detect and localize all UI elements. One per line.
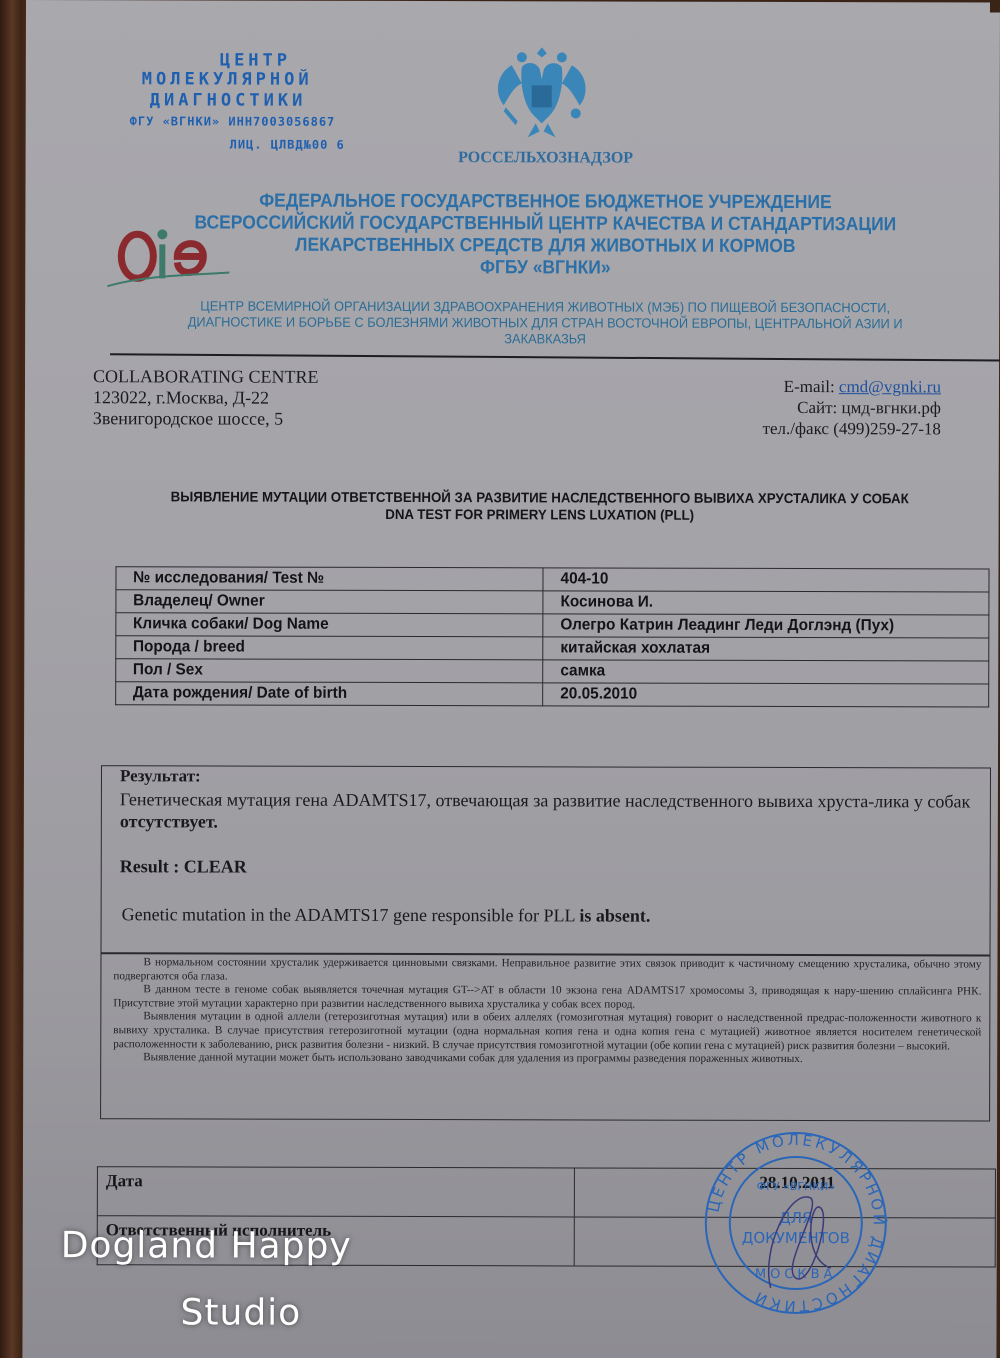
contact-block: E-mail: cmd@vgnki.ru Сайт: цмд-вгнки.рф … <box>763 376 941 439</box>
document-page: ЦЕНТР МОЛЕКУЛЯРНОЙ ДИАГНОСТИКИ ФГУ «ВГНК… <box>22 0 1000 1358</box>
info-label: Владелец/ Owner <box>124 590 534 614</box>
dog-info-table: № исследования/ Test №404-10Владелец/ Ow… <box>115 566 989 707</box>
address-line: COLLABORATING CENTRE <box>93 366 319 388</box>
title-ru: ВЫЯВЛЕНИЕ МУТАЦИИ ОТВЕТСТВЕННОЙ ЗА РАЗВИ… <box>107 488 972 507</box>
result-heading: Результат: <box>120 766 201 786</box>
email-line: E-mail: cmd@vgnki.ru <box>763 376 941 397</box>
stamp-line: МОЛЕКУЛЯРНОЙ <box>142 71 313 88</box>
info-label: Порода / breed <box>124 636 534 660</box>
info-label: Кличка собаки/ Dog Name <box>124 613 534 637</box>
seal-center-line: ДОКУМЕНТОВ <box>742 1229 850 1247</box>
note-paragraph: Выявление данной мутации может быть испо… <box>113 1051 981 1067</box>
info-row: Пол / Sexсамка <box>116 659 989 684</box>
info-value: 404-10 <box>552 568 980 592</box>
header-divider <box>110 353 1000 361</box>
result-ru-text: Генетическая мутация гена ADAMTS17, отве… <box>120 788 980 834</box>
info-label: Дата рождения/ Date of birth <box>124 682 534 706</box>
result-en-text: Genetic mutation in the ADAMTS17 gene re… <box>122 904 651 926</box>
info-row: Порода / breedкитайская хохлатая <box>116 636 989 661</box>
result-en-verdict: is absent. <box>579 905 650 925</box>
info-value: 20.05.2010 <box>552 683 980 707</box>
oie-centre-description: ЦЕНТР ВСЕМИРНОЙ ОРГАНИЗАЦИИ ЗДРАВООХРАНЕ… <box>137 298 954 348</box>
info-row: № исследования/ Test №404-10 <box>116 567 989 592</box>
stamp-line: ЦЕНТР <box>220 53 291 70</box>
result-ru-verdict: отсутствует. <box>120 811 218 831</box>
info-row: Владелец/ OwnerКосинова И. <box>116 590 989 615</box>
site-line: Сайт: цмд-вгнки.рф <box>763 397 941 418</box>
info-value: Олегро Катрин Леадинг Леди Доглэнд (Пух) <box>552 614 980 638</box>
address-block: COLLABORATING CENTRE 123022, г.Москва, Д… <box>93 366 319 430</box>
result-box: Результат: Генетическая мутация гена ADA… <box>100 765 991 1121</box>
note-paragraph: В данном тесте в геноме собак выявляется… <box>113 983 981 1012</box>
stamp-line: ФГУ «ВГНКИ» ИНН7003056867 <box>130 115 336 128</box>
stamp-line: ДИАГНОСТИКИ <box>150 92 307 109</box>
who-line: ДИАГНОСТИКЕ И БОРЬБЕ С БОЛЕЗНЯМИ ЖИВОТНЫ… <box>137 314 954 332</box>
watermark-line: Dogland Happy <box>61 1225 352 1267</box>
email-label: E-mail: <box>784 377 839 396</box>
result-divider <box>102 952 990 956</box>
note-paragraph: В нормальном состоянии хрусталик удержив… <box>113 956 981 985</box>
info-row: Дата рождения/ Date of birth20.05.2010 <box>116 682 989 707</box>
who-line: ЗАКАВКАЗЬЯ <box>137 330 954 348</box>
seal-bottom: МОСКВА <box>755 1267 837 1282</box>
email-link[interactable]: cmd@vgnki.ru <box>839 377 941 396</box>
result-notes: В нормальном состоянии хрусталик удержив… <box>113 956 981 1067</box>
institution-line: ФЕДЕРАЛЬНОЕ ГОСУДАРСТВЕННОЕ БЮДЖЕТНОЕ УЧ… <box>122 190 968 214</box>
title-en: DNA TEST FOR PRIMERY LENS LUXATION (PLL) <box>107 505 972 524</box>
page-corner <box>990 3 1000 13</box>
note-paragraph: Выявления мутации в одной аллели (гетеро… <box>113 1011 981 1054</box>
round-seal-stamp-icon: ЦЕНТР МОЛЕКУЛЯРНОЙ ДИАГНОСТИКИ ФГУ «ВГНК… <box>701 1128 891 1318</box>
double-headed-eagle-emblem-icon <box>492 43 592 141</box>
lab-stamp: ЦЕНТР МОЛЕКУЛЯРНОЙ ДИАГНОСТИКИ ФГУ «ВГНК… <box>90 50 350 51</box>
info-value: самка <box>552 660 980 684</box>
oie-logo-icon <box>107 222 257 292</box>
watermark-line: Studio <box>181 1292 302 1333</box>
info-label: № исследования/ Test № <box>124 567 534 591</box>
info-label: Пол / Sex <box>124 659 534 683</box>
info-row: Кличка собаки/ Dog NameОлегро Катрин Леа… <box>116 613 989 638</box>
info-value: Косинова И. <box>552 591 980 615</box>
address-line: Звенигородское шоссе, 5 <box>93 408 319 430</box>
result-en-heading: Result : CLEAR <box>120 856 247 877</box>
address-line: 123022, г.Москва, Д-22 <box>93 387 319 409</box>
sign-label: Дата <box>97 1167 574 1217</box>
phone-line: тел./факс (499)259-27-18 <box>763 418 941 439</box>
document-title: ВЫЯВЛЕНИЕ МУТАЦИИ ОТВЕТСТВЕННОЙ ЗА РАЗВИ… <box>107 488 972 524</box>
agency-name: РОССЕЛЬХОЗНАДЗОР <box>26 148 1000 169</box>
info-value: китайская хохлатая <box>552 637 980 661</box>
seal-inner-top: ФГУ «ВГНКИ» <box>757 1180 835 1193</box>
